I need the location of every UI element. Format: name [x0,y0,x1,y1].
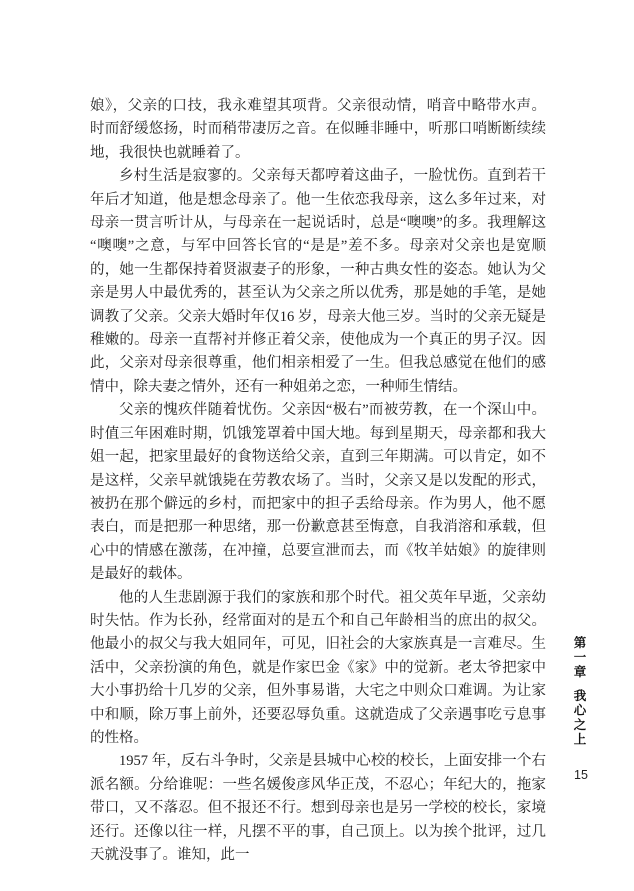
paragraph: 乡村生活是寂寥的。父亲每天都哼着这曲子，一脸忧伤。直到若干年后才知道，他是想念母… [90,165,546,399]
book-page: 娘》，父亲的口技，我永难望其项背。父亲很动情，哨音中略带水声。时而舒缓悠扬，时而… [0,0,634,891]
paragraph: 1957 年，反右斗争时，父亲是县城中心校的校长，上面安排一个右派名额。分给谁呢… [90,750,546,867]
paragraph: 父亲的愧疚伴随着忧伤。父亲因“极右”而被劳教，在一个深山中。时值三年困难时期，饥… [90,399,546,586]
chapter-title-label: 我心之上 [570,689,588,747]
chapter-number-label: 第一章 [570,636,588,680]
paragraph: 他的人生悲剧源于我们的家族和那个时代。祖父英年早逝，父亲幼时失怙。作为长孙，经常… [90,587,546,751]
paragraph-continued: 娘》，父亲的口技，我永难望其项背。父亲很动情，哨音中略带水声。时而舒缓悠扬，时而… [90,95,546,165]
page-number: 15 [574,768,588,782]
body-text-block: 娘》，父亲的口技，我永难望其项背。父亲很动情，哨音中略带水声。时而舒缓悠扬，时而… [90,95,546,867]
chapter-banner: 第一章 我心之上 [570,636,588,747]
